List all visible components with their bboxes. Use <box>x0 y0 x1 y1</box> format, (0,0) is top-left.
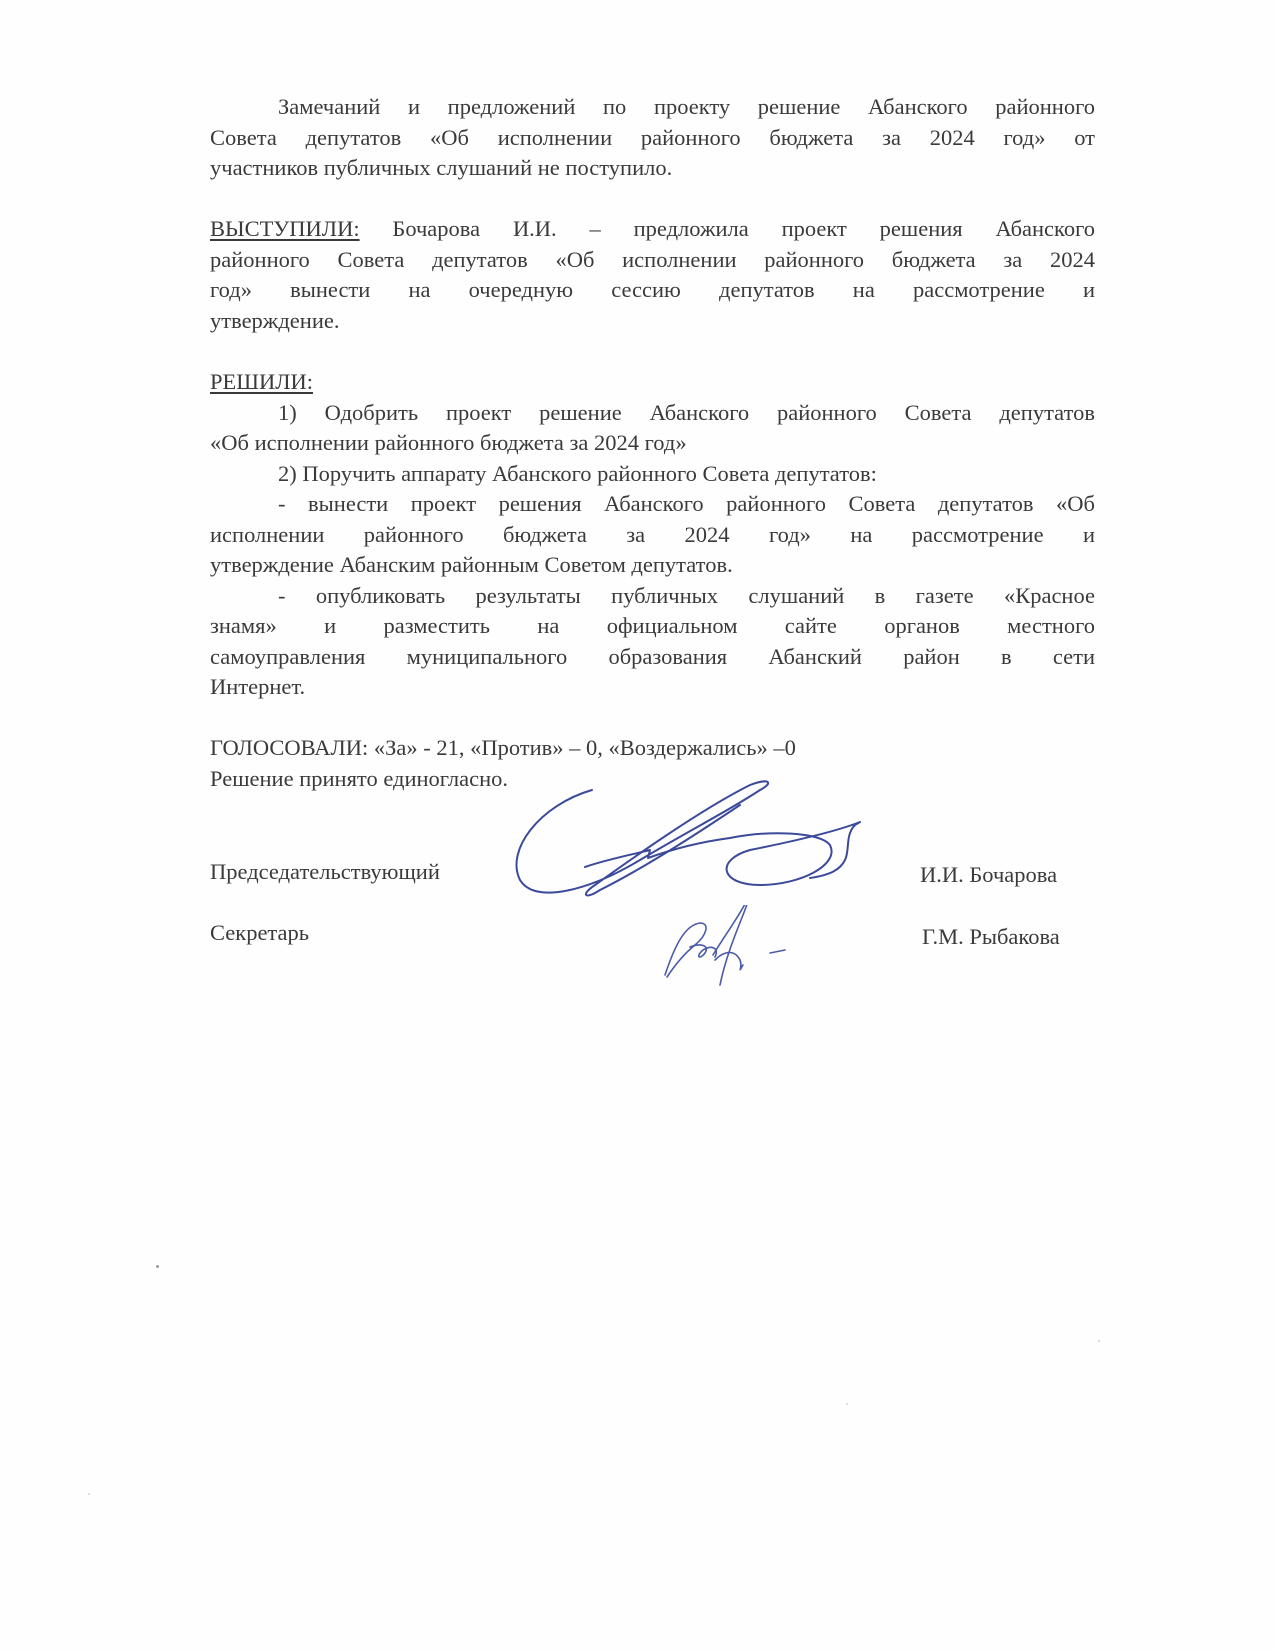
spoke-line-3: год» вынести на очередную сессию депутат… <box>210 275 1095 306</box>
decided-sub2-line2: знамя» и разместить на официальном сайте… <box>210 611 1095 642</box>
scan-speck <box>1098 1340 1100 1342</box>
spoke-line-1: ВЫСТУПИЛИ: Бочарова И.И. – предложила пр… <box>210 214 1095 245</box>
spoke-label: ВЫСТУПИЛИ: <box>210 216 360 241</box>
decided-label: РЕШИЛИ: <box>210 369 313 394</box>
decided-label-line: РЕШИЛИ: <box>210 367 1095 398</box>
scan-speck <box>846 1403 848 1405</box>
voting-line: ГОЛОСОВАЛИ: «За» - 21, «Против» – 0, «Во… <box>210 733 1095 764</box>
secretary-name: Г.М. Рыбакова <box>922 922 1060 952</box>
remarks-paragraph: Замечаний и предложений по проекту решен… <box>210 92 1095 184</box>
secretary-role: Секретарь <box>210 918 309 948</box>
decided-sub1-line3: утверждение Абанским районным Советом де… <box>210 550 1095 581</box>
spoke-line-4: утверждение. <box>210 306 1095 337</box>
remarks-line-1: Замечаний и предложений по проекту решен… <box>210 92 1095 123</box>
spoke-first-line: Бочарова И.И. – предложила проект решени… <box>360 216 1095 241</box>
decided-item2-line1: 2) Поручить аппарату Абанского районного… <box>210 459 1095 490</box>
scan-speck <box>156 1265 159 1268</box>
decided-sub1-line2: исполнении районного бюджета за 2024 год… <box>210 520 1095 551</box>
decided-sub1-line1: - вынести проект решения Абанского район… <box>210 489 1095 520</box>
decided-sub2-line1: - опубликовать результаты публичных слуш… <box>210 581 1095 612</box>
document-page: Замечаний и предложений по проекту решен… <box>0 0 1275 1650</box>
decided-item1-line1: 1) Одобрить проект решение Абанского рай… <box>210 398 1095 429</box>
spoke-paragraph: ВЫСТУПИЛИ: Бочарова И.И. – предложила пр… <box>210 214 1095 336</box>
decided-sub2-line3: самоуправления муниципального образовани… <box>210 642 1095 673</box>
scan-speck <box>88 1493 90 1495</box>
spoke-line-2: районного Совета депутатов «Об исполнени… <box>210 245 1095 276</box>
secretary-signature-icon <box>655 905 815 1005</box>
remarks-line-3: участников публичных слушаний не поступи… <box>210 153 1095 184</box>
voting-result: Решение принято единогласно. <box>210 764 1095 795</box>
decided-section: РЕШИЛИ: 1) Одобрить проект решение Абанс… <box>210 367 1095 703</box>
decided-item1-line2: «Об исполнении районного бюджета за 2024… <box>210 428 1095 459</box>
chair-role: Председательствующий <box>210 857 440 887</box>
chair-name: И.И. Бочарова <box>920 860 1057 890</box>
decided-sub2-line4: Интернет. <box>210 672 1095 703</box>
remarks-line-2: Совета депутатов «Об исполнении районног… <box>210 123 1095 154</box>
voting-section: ГОЛОСОВАЛИ: «За» - 21, «Против» – 0, «Во… <box>210 733 1095 794</box>
